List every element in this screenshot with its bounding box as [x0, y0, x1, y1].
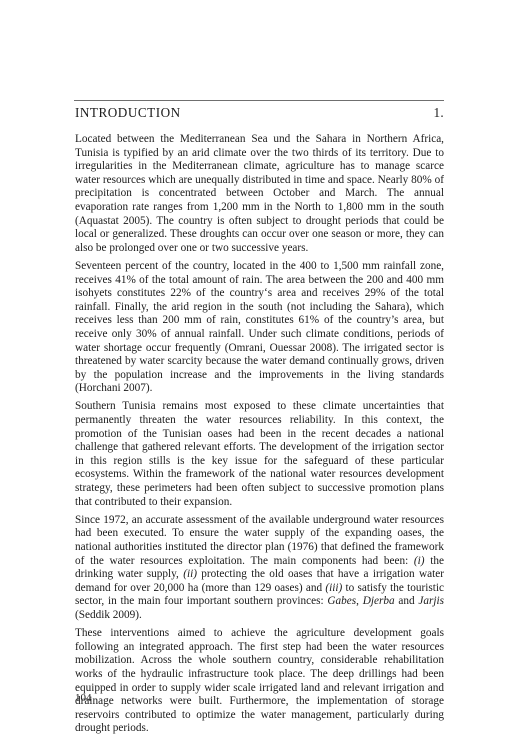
text-segment: Since 1972, an accurate assessment of th… — [75, 514, 444, 567]
italic-text: Gabes — [327, 595, 356, 607]
italic-text: (iii) — [325, 582, 342, 594]
chapter-header: INTRODUCTION 1. — [75, 105, 444, 121]
header-rule — [74, 100, 444, 101]
text-segment: Located between the Mediterranean Sea un… — [75, 133, 444, 254]
text-segment: and — [395, 595, 419, 607]
chapter-number: 1. — [434, 105, 445, 121]
italic-text: (ii) — [183, 568, 197, 580]
italic-text: Djerba — [363, 595, 395, 607]
page-number: 104 — [75, 692, 92, 705]
text-segment: These interventions aimed to achieve the… — [75, 627, 444, 734]
text-segment: (Seddik 2009). — [75, 609, 142, 621]
paragraph: These interventions aimed to achieve the… — [75, 627, 444, 736]
paragraph: Located between the Mediterranean Sea un… — [75, 133, 444, 255]
body-text: Located between the Mediterranean Sea un… — [75, 133, 444, 741]
text-segment: , — [356, 595, 363, 607]
paragraph: Southern Tunisia remains most exposed to… — [75, 400, 444, 509]
text-segment: Seventeen percent of the country, locate… — [75, 260, 444, 394]
paragraph: Seventeen percent of the country, locate… — [75, 260, 444, 396]
chapter-title: INTRODUCTION — [75, 105, 181, 121]
paragraph: Since 1972, an accurate assessment of th… — [75, 514, 444, 623]
document-page: INTRODUCTION 1. Located between the Medi… — [75, 0, 444, 750]
italic-text: (i) — [414, 555, 425, 567]
italic-text: Jarjis — [418, 595, 444, 607]
text-segment: Southern Tunisia remains most exposed to… — [75, 400, 444, 507]
